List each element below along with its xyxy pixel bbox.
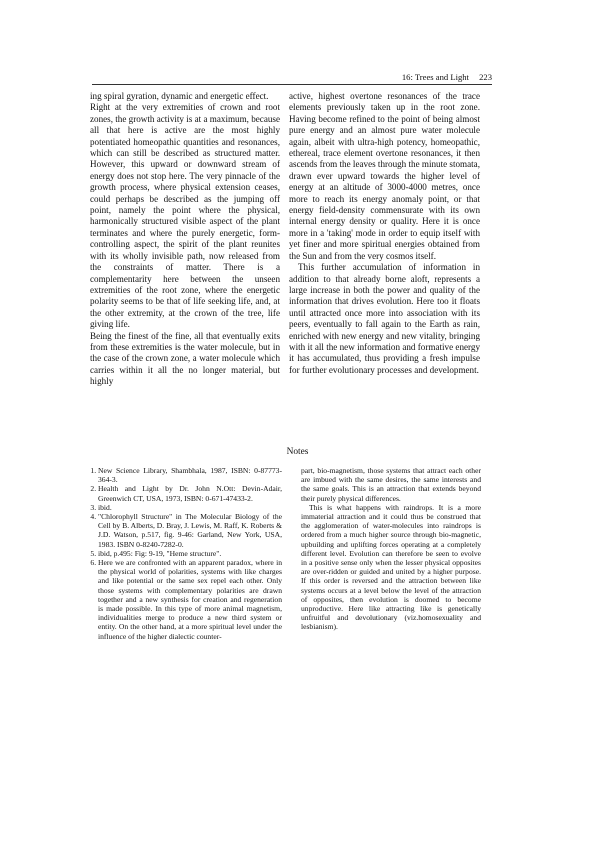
paragraph: ing spiral gyration, dynamic and energet… xyxy=(90,91,280,102)
note-item: New Science Library, Shambhala, 1987, IS… xyxy=(98,466,282,484)
paragraph: This further accumulation of information… xyxy=(289,262,480,376)
note-item: "Chlorophyll Structure" in The Molecular… xyxy=(98,512,282,549)
paragraph: active, highest overtone resonances of t… xyxy=(289,91,480,262)
notes-column-right: part, bio-magnetism, those systems that … xyxy=(301,466,481,632)
note-continuation: part, bio-magnetism, those systems that … xyxy=(301,466,481,503)
note-item: Here we are confronted with an apparent … xyxy=(98,558,282,641)
notes-heading: Notes xyxy=(0,447,595,457)
paragraph: Right at the very extremities of crown a… xyxy=(90,102,280,330)
note-continuation: This is what happens with raindrops. It … xyxy=(301,503,481,632)
body-column-right: active, highest overtone resonances of t… xyxy=(289,91,480,376)
running-header: 16: Trees and Light 223 xyxy=(92,72,492,85)
running-title: 16: Trees and Light xyxy=(402,72,469,82)
note-item: ibid. xyxy=(98,503,282,512)
paragraph: Being the finest of the fine, all that e… xyxy=(90,331,280,388)
note-item: Health and Light by Dr. John N.Ott: Devi… xyxy=(98,484,282,502)
body-column-left: ing spiral gyration, dynamic and energet… xyxy=(90,91,280,388)
notes-column-left: New Science Library, Shambhala, 1987, IS… xyxy=(86,466,282,641)
notes-list: New Science Library, Shambhala, 1987, IS… xyxy=(86,466,282,641)
note-item: ibid, p.495: Fig: 9-19, "Heme structure"… xyxy=(98,549,282,558)
page-number: 223 xyxy=(479,72,492,82)
